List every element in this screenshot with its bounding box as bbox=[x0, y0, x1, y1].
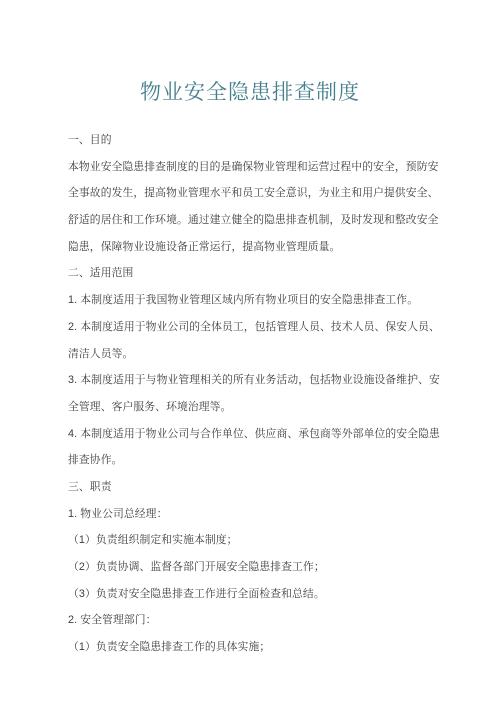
text-line: 全管理、客户服务、环境治理等。 bbox=[68, 394, 436, 421]
text-line: （2）负责协调、监督各部门开展安全隐患排查工作； bbox=[68, 554, 436, 581]
text-line: 全事故的发生，提高物业管理水平和员工安全意识，为业主和用户提供安全、 bbox=[68, 180, 436, 207]
text-line: 三、职责 bbox=[68, 474, 436, 501]
document-body: 一、目的本物业安全隐患排查制度的目的是确保物业管理和运营过程中的安全，预防安全事… bbox=[0, 127, 500, 661]
text-line: 1. 本制度适用于我国物业管理区域内所有物业项目的安全隐患排查工作。 bbox=[68, 287, 436, 314]
text-line: 3. 本制度适用于与物业管理相关的所有业务活动，包括物业设施设备维护、安 bbox=[68, 367, 436, 394]
text-line: 2. 安全管理部门： bbox=[68, 607, 436, 634]
document-page: 物业安全隐患排查制度 一、目的本物业安全隐患排查制度的目的是确保物业管理和运营过… bbox=[0, 0, 500, 707]
document-title: 物业安全隐患排查制度 bbox=[0, 0, 500, 103]
text-line: 4. 本制度适用于物业公司与合作单位、供应商、承包商等外部单位的安全隐患 bbox=[68, 421, 436, 448]
text-line: 二、适用范围 bbox=[68, 260, 436, 287]
text-line: 清洁人员等。 bbox=[68, 341, 436, 368]
text-line: （1）负责组织制定和实施本制度； bbox=[68, 527, 436, 554]
text-line: （3）负责对安全隐患排查工作进行全面检查和总结。 bbox=[68, 581, 436, 608]
text-line: 2. 本制度适用于物业公司的全体员工，包括管理人员、技术人员、保安人员、 bbox=[68, 314, 436, 341]
text-line: 排查协作。 bbox=[68, 447, 436, 474]
text-line: 一、目的 bbox=[68, 127, 436, 154]
text-line: （1）负责安全隐患排查工作的具体实施； bbox=[68, 634, 436, 661]
text-line: 1. 物业公司总经理： bbox=[68, 501, 436, 528]
text-line: 舒适的居住和工作环境。通过建立健全的隐患排查机制，及时发现和整改安全 bbox=[68, 207, 436, 234]
text-line: 隐患，保障物业设施设备正常运行，提高物业管理质量。 bbox=[68, 234, 436, 261]
text-line: 本物业安全隐患排查制度的目的是确保物业管理和运营过程中的安全，预防安 bbox=[68, 154, 436, 181]
